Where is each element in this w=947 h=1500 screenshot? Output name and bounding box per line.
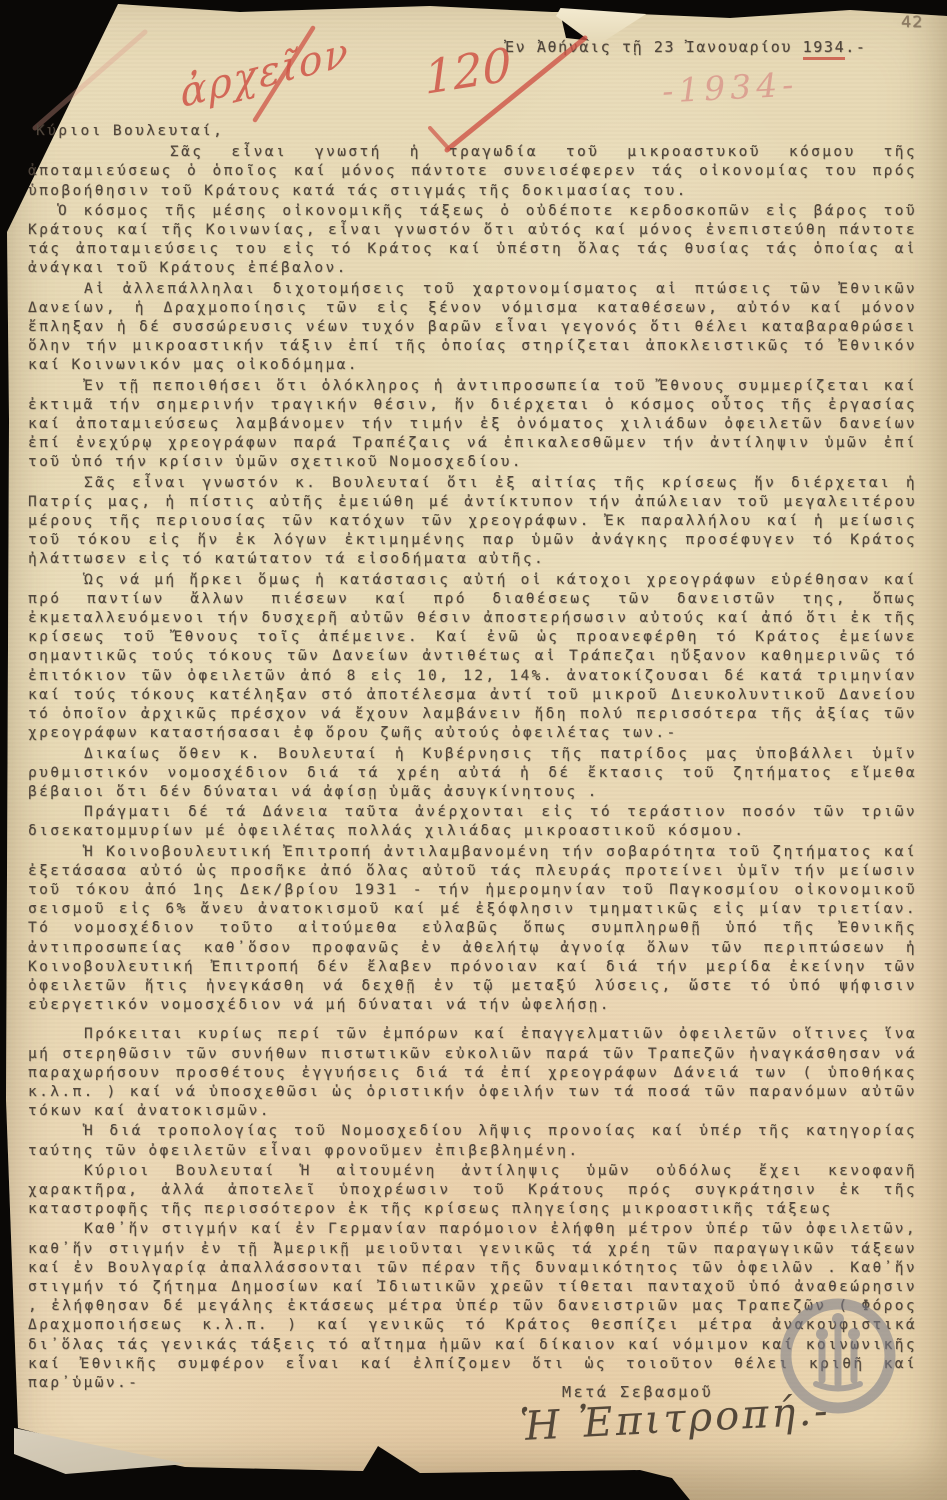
paragraph: Ἐν τῇ πεποιθήσει ὅτι ὁλόκληρος ἡ ἀντιπρο… bbox=[28, 377, 917, 473]
paragraph: Πράγματι δέ τά Δάνεια ταῦτα ἀνέρχονται ε… bbox=[28, 803, 917, 841]
document-photo: 42 Ἐν Ἀθήναις τῇ 23 Ἰανουαρίου 1934.- ἀρ… bbox=[0, 0, 947, 1500]
dateline-place-day: Ἐν Ἀθήναις τῇ 23 Ἰανουαρίου bbox=[505, 38, 803, 56]
paragraph: Σᾶς εἶναι γνωστή ἡ τραγωδία τοῦ μικροαστ… bbox=[28, 143, 917, 201]
dateline-suffix: .- bbox=[845, 38, 866, 56]
paragraph: Ἡ Κοινοβουλευτική Ἐπιτροπή ἀντιλαμβανομέ… bbox=[28, 843, 917, 1016]
page-number: 42 bbox=[901, 12, 923, 31]
paragraph: Σᾶς εἶναι γνωστόν κ. Βουλευταί ὅτι ἐξ αἰ… bbox=[28, 474, 917, 570]
paragraph: Ὡς νά μή ἤρκει ὅμως ἡ κατάστασις αὐτή οἱ… bbox=[28, 571, 917, 744]
paragraph: Πρόκειται κυρίως περί τῶν ἐμπόρων καί ἐπ… bbox=[28, 1025, 917, 1121]
paragraph: Αἱ ἀλλεπάλληλαι διχοτομήσεις τοῦ χαρτονο… bbox=[28, 280, 917, 376]
dateline: Ἐν Ἀθήναις τῇ 23 Ἰανουαρίου 1934.- bbox=[505, 38, 866, 56]
circular-ink-stamp-icon bbox=[772, 1292, 922, 1424]
paragraph: Δικαίως ὅθεν κ. Βουλευταί ἡ Κυβέρνησις τ… bbox=[28, 745, 917, 803]
letter-body: Κύριοι Βουλευταί, Σᾶς εἶναι γνωστή ἡ τρα… bbox=[28, 122, 917, 1394]
dateline-year: 1934 bbox=[803, 38, 846, 60]
handwritten-red-year: -1934- bbox=[661, 64, 799, 110]
paragraph: Ἡ διά τροπολογίας τοῦ Νομοσχεδίου λῆψις … bbox=[28, 1122, 917, 1160]
paragraph: Ὁ κόσμος τῆς μέσης οἰκονομικῆς τάξεως ὁ … bbox=[28, 202, 917, 279]
paragraph: Κύριοι Βουλευταί Ἡ αἰτουμένη ἀντίληψις ὑ… bbox=[28, 1162, 917, 1220]
salutation: Κύριοι Βουλευταί, bbox=[36, 122, 917, 141]
